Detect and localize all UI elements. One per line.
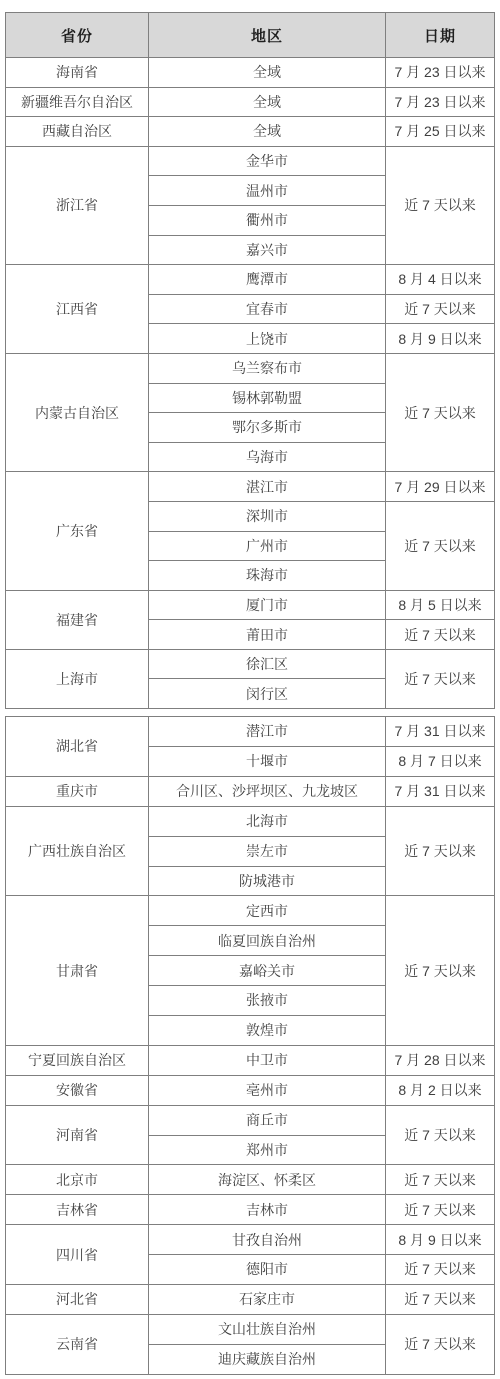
region-cell: 宜春市 [149, 294, 386, 324]
date-cell: 7 月 28 日以来 [386, 1045, 495, 1075]
province-cell: 北京市 [6, 1165, 149, 1195]
province-cell: 海南省 [6, 58, 149, 88]
province-cell: 吉林省 [6, 1195, 149, 1225]
table-row: 新疆维吾尔自治区全域7 月 23 日以来 [6, 87, 495, 117]
table-row: 北京市海淀区、怀柔区近 7 天以来 [6, 1165, 495, 1195]
table-row: 西藏自治区全域7 月 25 日以来 [6, 117, 495, 147]
date-cell: 近 7 天以来 [386, 896, 495, 1045]
date-cell: 近 7 天以来 [386, 1105, 495, 1165]
table-row: 海南省全域7 月 23 日以来 [6, 58, 495, 88]
date-cell: 近 7 天以来 [386, 501, 495, 590]
table-row: 广东省湛江市7 月 29 日以来 [6, 472, 495, 502]
date-cell: 7 月 23 日以来 [386, 87, 495, 117]
region-cell: 湛江市 [149, 472, 386, 502]
region-cell: 广州市 [149, 531, 386, 561]
date-cell: 7 月 23 日以来 [386, 58, 495, 88]
region-cell: 徐汇区 [149, 649, 386, 679]
risk-area-table-upper: 省份 地区 日期 海南省全域7 月 23 日以来新疆维吾尔自治区全域7 月 23… [5, 12, 495, 709]
region-cell: 海淀区、怀柔区 [149, 1165, 386, 1195]
table-row: 甘肃省定西市近 7 天以来 [6, 896, 495, 926]
date-cell: 近 7 天以来 [386, 806, 495, 896]
table-row: 上海市徐汇区近 7 天以来 [6, 649, 495, 679]
table-row: 宁夏回族自治区中卫市7 月 28 日以来 [6, 1045, 495, 1075]
province-cell: 重庆市 [6, 776, 149, 806]
date-cell: 近 7 天以来 [386, 1314, 495, 1374]
date-cell: 近 7 天以来 [386, 1195, 495, 1225]
risk-area-page: 省份 地区 日期 海南省全域7 月 23 日以来新疆维吾尔自治区全域7 月 23… [0, 0, 500, 1379]
region-cell: 珠海市 [149, 561, 386, 591]
province-cell: 新疆维吾尔自治区 [6, 87, 149, 117]
table-body-lower: 湖北省潜江市7 月 31 日以来十堰市8 月 7 日以来重庆市合川区、沙坪坝区、… [6, 717, 495, 1375]
region-cell: 十堰市 [149, 746, 386, 776]
date-cell: 8 月 5 日以来 [386, 590, 495, 620]
table-row: 广西壮族自治区北海市近 7 天以来 [6, 806, 495, 836]
risk-area-table-lower: 湖北省潜江市7 月 31 日以来十堰市8 月 7 日以来重庆市合川区、沙坪坝区、… [5, 716, 495, 1375]
region-cell: 温州市 [149, 176, 386, 206]
table-row: 浙江省金华市近 7 天以来 [6, 146, 495, 176]
province-cell: 河北省 [6, 1284, 149, 1314]
date-cell: 7 月 31 日以来 [386, 776, 495, 806]
region-cell: 闵行区 [149, 679, 386, 709]
table-row: 云南省文山壮族自治州近 7 天以来 [6, 1314, 495, 1344]
date-cell: 8 月 2 日以来 [386, 1075, 495, 1105]
province-cell: 宁夏回族自治区 [6, 1045, 149, 1075]
region-cell: 中卫市 [149, 1045, 386, 1075]
region-cell: 嘉峪关市 [149, 956, 386, 986]
table-row: 江西省鹰潭市8 月 4 日以来 [6, 265, 495, 295]
province-cell: 甘肃省 [6, 896, 149, 1045]
region-cell: 文山壮族自治州 [149, 1314, 386, 1344]
table-row: 河南省商丘市近 7 天以来 [6, 1105, 495, 1135]
region-cell: 莆田市 [149, 620, 386, 650]
table-row: 重庆市合川区、沙坪坝区、九龙坡区7 月 31 日以来 [6, 776, 495, 806]
province-cell: 上海市 [6, 649, 149, 708]
province-cell: 福建省 [6, 590, 149, 649]
date-cell: 近 7 天以来 [386, 1255, 495, 1285]
province-cell: 河南省 [6, 1105, 149, 1165]
date-cell: 7 月 29 日以来 [386, 472, 495, 502]
region-cell: 鄂尔多斯市 [149, 413, 386, 443]
table-row: 安徽省亳州市8 月 2 日以来 [6, 1075, 495, 1105]
table-header-row: 省份 地区 日期 [6, 13, 495, 58]
region-cell: 崇左市 [149, 836, 386, 866]
column-header-province: 省份 [6, 13, 149, 58]
region-cell: 迪庆藏族自治州 [149, 1344, 386, 1374]
province-cell: 四川省 [6, 1225, 149, 1285]
date-cell: 近 7 天以来 [386, 1284, 495, 1314]
date-cell: 7 月 31 日以来 [386, 717, 495, 747]
date-cell: 近 7 天以来 [386, 620, 495, 650]
table-row: 河北省石家庄市近 7 天以来 [6, 1284, 495, 1314]
date-cell: 近 7 天以来 [386, 294, 495, 324]
region-cell: 甘孜自治州 [149, 1225, 386, 1255]
region-cell: 亳州市 [149, 1075, 386, 1105]
region-cell: 定西市 [149, 896, 386, 926]
table-row: 吉林省吉林市近 7 天以来 [6, 1195, 495, 1225]
date-cell: 近 7 天以来 [386, 1165, 495, 1195]
date-cell: 8 月 7 日以来 [386, 746, 495, 776]
province-cell: 西藏自治区 [6, 117, 149, 147]
province-cell: 安徽省 [6, 1075, 149, 1105]
date-cell: 近 7 天以来 [386, 146, 495, 264]
region-cell: 金华市 [149, 146, 386, 176]
date-cell: 8 月 9 日以来 [386, 324, 495, 354]
region-cell: 嘉兴市 [149, 235, 386, 265]
region-cell: 潜江市 [149, 717, 386, 747]
table-row: 四川省甘孜自治州8 月 9 日以来 [6, 1225, 495, 1255]
date-cell: 8 月 4 日以来 [386, 265, 495, 295]
region-cell: 石家庄市 [149, 1284, 386, 1314]
column-header-region: 地区 [149, 13, 386, 58]
region-cell: 衢州市 [149, 205, 386, 235]
region-cell: 敦煌市 [149, 1015, 386, 1045]
province-cell: 广东省 [6, 472, 149, 590]
table-row: 内蒙古自治区乌兰察布市近 7 天以来 [6, 353, 495, 383]
table-row: 湖北省潜江市7 月 31 日以来 [6, 717, 495, 747]
region-cell: 商丘市 [149, 1105, 386, 1135]
region-cell: 全域 [149, 117, 386, 147]
province-cell: 云南省 [6, 1314, 149, 1374]
column-header-date: 日期 [386, 13, 495, 58]
region-cell: 锡林郭勒盟 [149, 383, 386, 413]
province-cell: 广西壮族自治区 [6, 806, 149, 896]
province-cell: 内蒙古自治区 [6, 353, 149, 471]
region-cell: 郑州市 [149, 1135, 386, 1165]
region-cell: 张掖市 [149, 986, 386, 1016]
date-cell: 7 月 25 日以来 [386, 117, 495, 147]
province-cell: 江西省 [6, 265, 149, 354]
region-cell: 厦门市 [149, 590, 386, 620]
date-cell: 近 7 天以来 [386, 649, 495, 708]
region-cell: 乌兰察布市 [149, 353, 386, 383]
table-body-upper: 海南省全域7 月 23 日以来新疆维吾尔自治区全域7 月 23 日以来西藏自治区… [6, 58, 495, 709]
province-cell: 浙江省 [6, 146, 149, 264]
region-cell: 深圳市 [149, 501, 386, 531]
date-cell: 近 7 天以来 [386, 353, 495, 471]
region-cell: 全域 [149, 87, 386, 117]
region-cell: 鹰潭市 [149, 265, 386, 295]
date-cell: 8 月 9 日以来 [386, 1225, 495, 1255]
region-cell: 合川区、沙坪坝区、九龙坡区 [149, 776, 386, 806]
region-cell: 全域 [149, 58, 386, 88]
region-cell: 德阳市 [149, 1255, 386, 1285]
region-cell: 临夏回族自治州 [149, 926, 386, 956]
region-cell: 乌海市 [149, 442, 386, 472]
region-cell: 吉林市 [149, 1195, 386, 1225]
table-row: 福建省厦门市8 月 5 日以来 [6, 590, 495, 620]
region-cell: 上饶市 [149, 324, 386, 354]
region-cell: 防城港市 [149, 866, 386, 896]
region-cell: 北海市 [149, 806, 386, 836]
province-cell: 湖北省 [6, 717, 149, 777]
